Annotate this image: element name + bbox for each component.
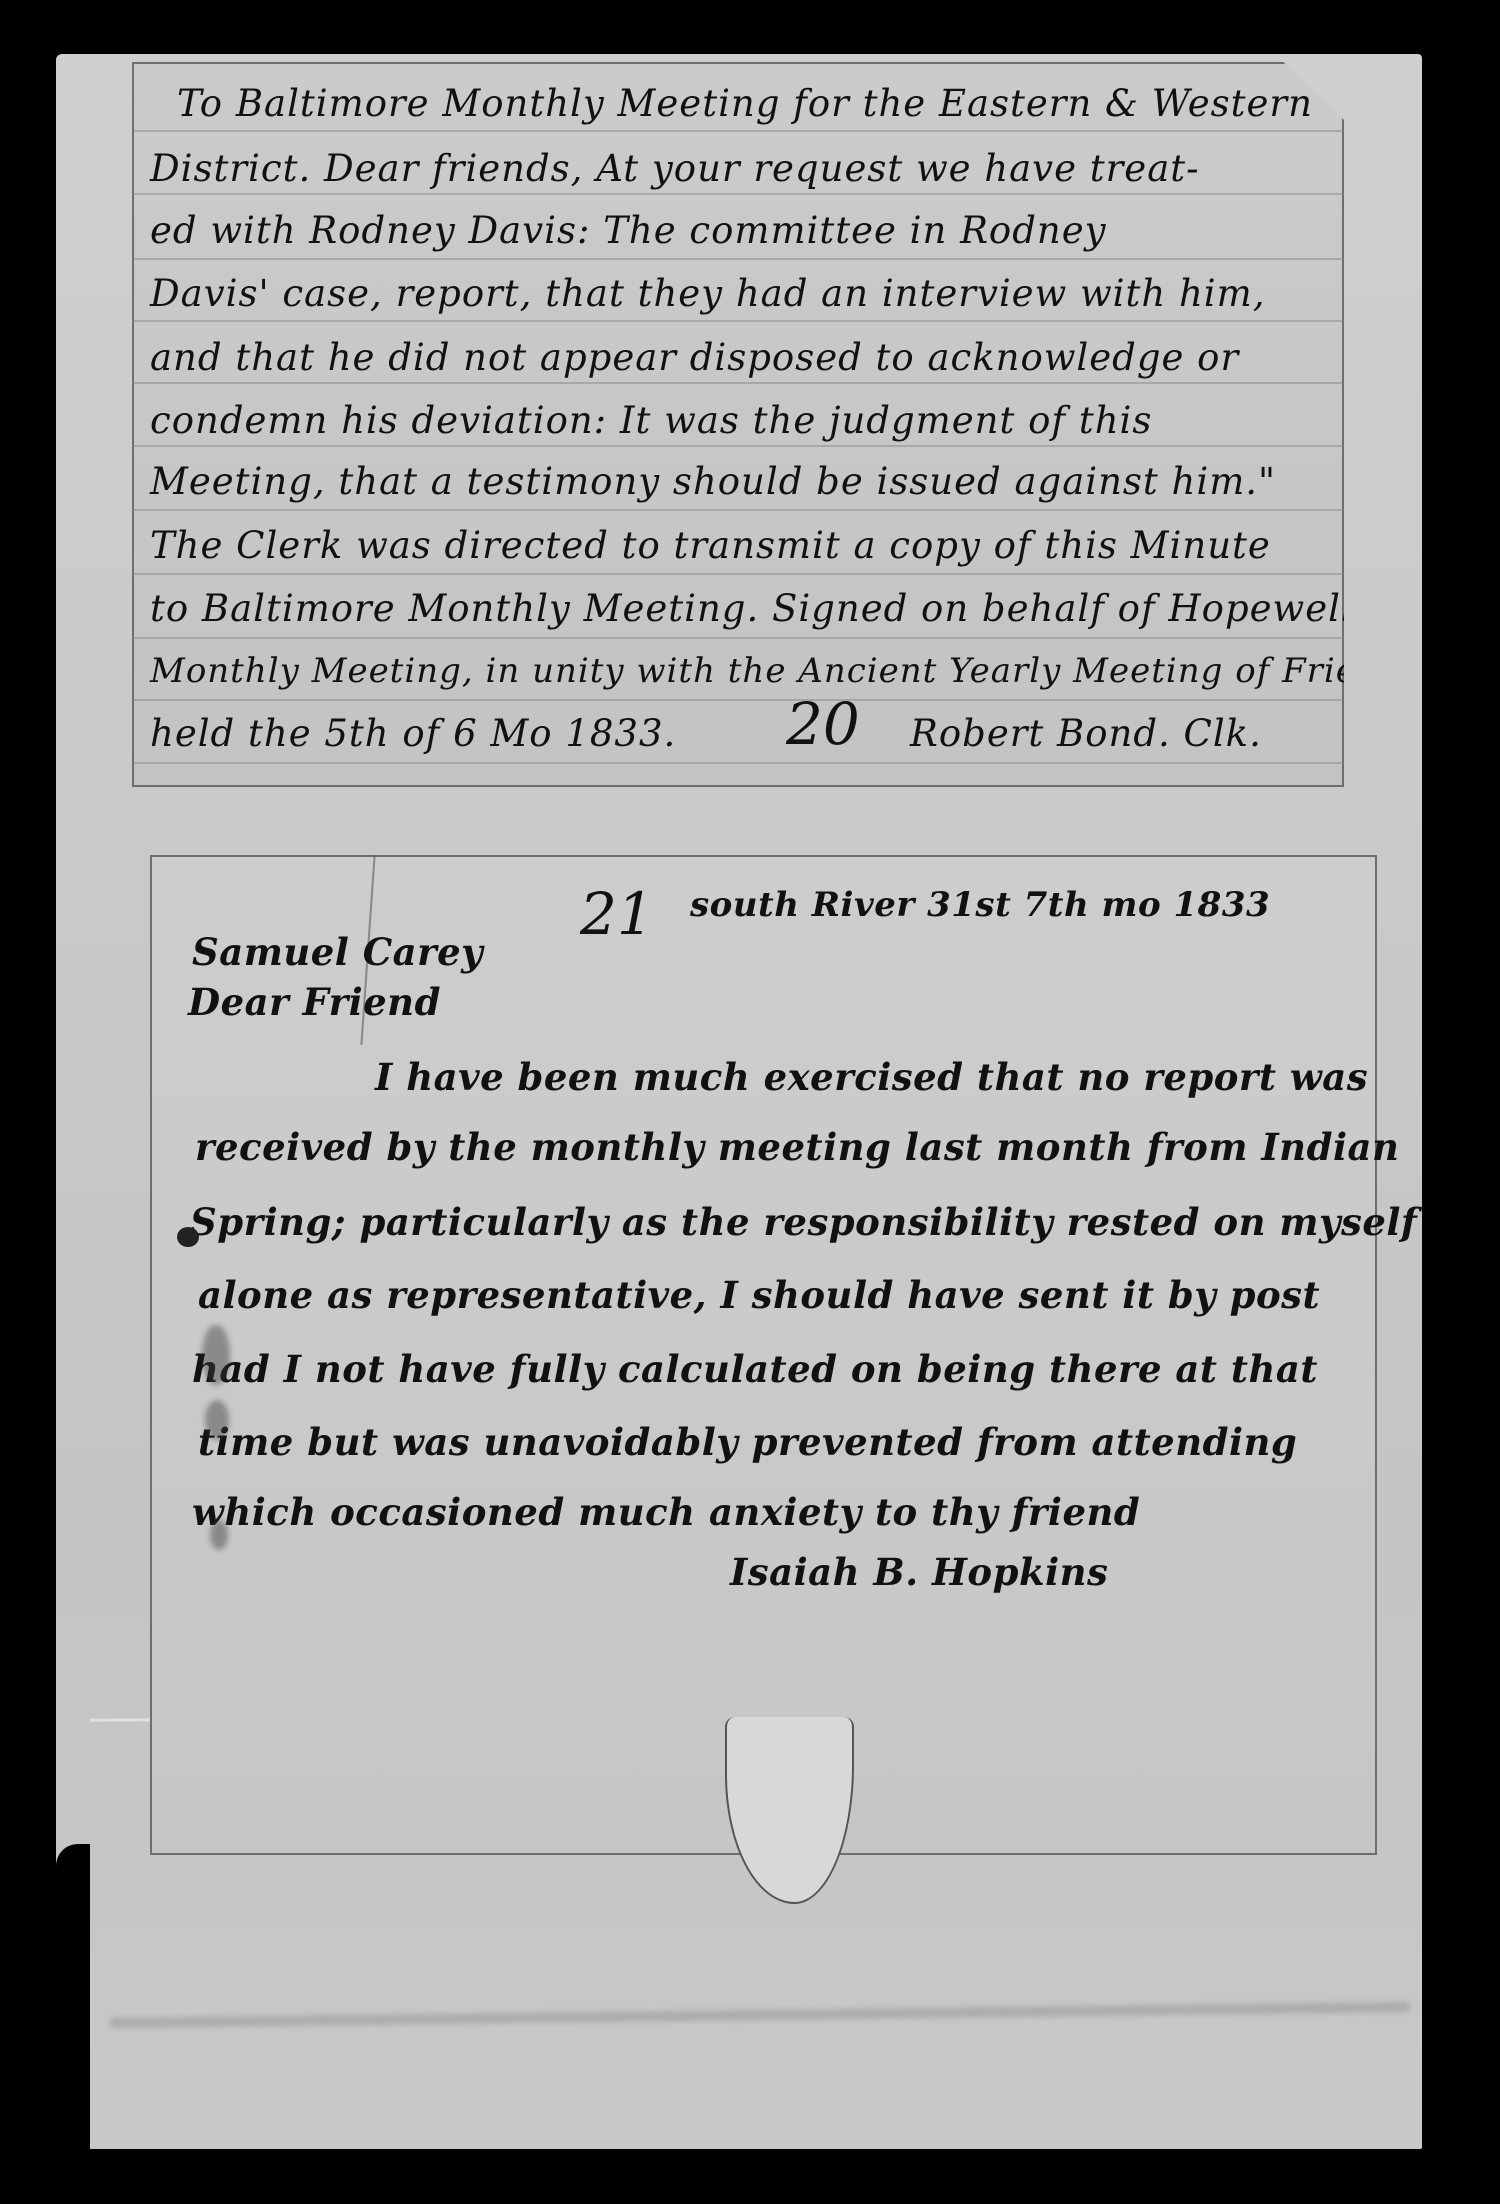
letter-1-signature: Robert Bond. Clk. [910,712,1262,755]
letter-1-line: condemn his deviation: It was the judgme… [150,399,1152,442]
ink-blot [177,1227,199,1247]
ink-smudge [205,1400,229,1440]
letter-2-line: alone as representative, I should have s… [198,1273,1320,1317]
letter-1-line: District. Dear friends, At your request … [150,147,1200,190]
letter-2-salutation: Dear Friend [188,980,441,1024]
letter-1-line: Meeting, that a testimony should be issu… [150,460,1276,503]
letter-1-line: held the 5th of 6 Mo 1833. [150,712,676,755]
letter-1-line: ed with Rodney Davis: The committee in R… [150,209,1107,252]
letter-2-recipient: Samuel Carey [192,930,483,974]
letter-2-line: received by the monthly meeting last mon… [195,1125,1399,1169]
letter-1-line: The Clerk was directed to transmit a cop… [150,524,1271,567]
letter-2-signature: Isaiah B. Hopkins [730,1550,1108,1594]
ink-smudge [202,1325,230,1385]
letter-1-line: and that he did not appear disposed to a… [150,336,1239,379]
letter-2-line: I have been much exercised that no repor… [375,1055,1368,1099]
letter-1-line: to Baltimore Monthly Meeting. Signed on … [150,587,1354,630]
letter-1: To Baltimore Monthly Meeting for the Eas… [132,62,1344,787]
letter-2-line: had I not have fully calculated on being… [192,1347,1318,1391]
page-number-21: 21 [580,880,654,948]
letter-2-line: which occasioned much anxiety to thy fri… [192,1490,1140,1534]
letter-1-line: Monthly Meeting, in unity with the Ancie… [150,651,1421,691]
letter-2-place-date: south River 31st 7th mo 1833 [690,885,1270,925]
torn-corner [56,1844,90,2149]
letter-1-line: Davis' case, report, that they had an in… [150,272,1265,315]
letter-2: south River 31st 7th mo 1833 Samuel Care… [150,855,1377,1855]
letter-2-line: Spring; particularly as the responsibili… [190,1200,1417,1244]
letter-2-line: time but was unavoidably prevented from … [198,1420,1297,1464]
letter-1-line: To Baltimore Monthly Meeting for the Eas… [177,82,1313,125]
ink-smudge [210,1520,228,1550]
page-number-20: 20 [786,690,860,758]
